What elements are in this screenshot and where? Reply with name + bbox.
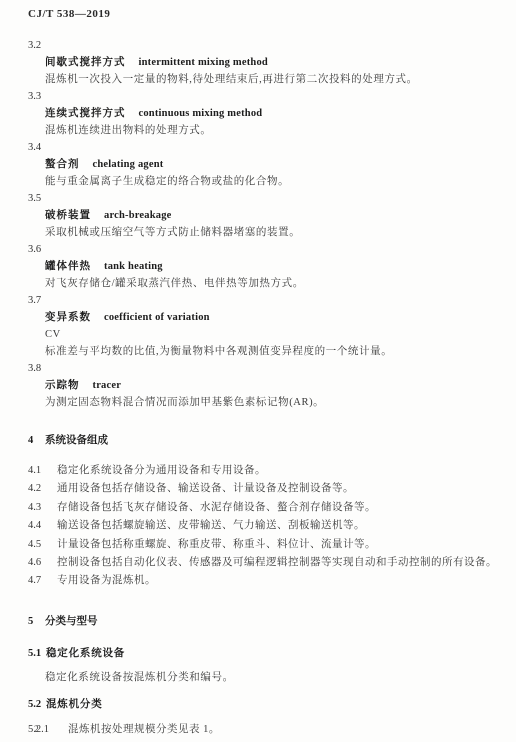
term-definition: 为测定固态物料混合情况而添加甲基紫色素标记物(AR)。: [45, 394, 492, 411]
subsection-number: 5.2: [28, 697, 46, 712]
term-definition: 标准差与平均数的比值,为衡量物料中各观测值变异程度的一个统计量。: [45, 343, 492, 360]
numbered-item: 4.5计量设备包括称重螺旋、称重皮带、称重斗、料位计、流量计等。: [28, 536, 492, 554]
term-zh: 罐体伴热: [45, 261, 91, 272]
term-en: arch-breakage: [104, 210, 172, 221]
term-definition: 采取机械或压缩空气等方式防止储料器堵塞的装置。: [45, 224, 492, 241]
item-text: 稳定化系统设备分为通用设备和专用设备。: [57, 465, 266, 476]
term-heading: 间歇式搅拌方式intermittent mixing method: [45, 54, 492, 71]
term-zh: 螯合剂: [45, 159, 80, 170]
numbered-item: 4.4输送设备包括螺旋输送、皮带输送、气力输送、刮板输送机等。: [28, 517, 492, 535]
term-zh: 连续式搅拌方式: [45, 108, 126, 119]
section-number: 5: [28, 614, 45, 629]
term-heading: 破桥装置arch-breakage: [45, 207, 492, 224]
document-code-header: CJ/T 538—2019: [28, 8, 492, 20]
clause-number: 3.5: [28, 190, 492, 207]
subsection-number: 5.1: [28, 646, 46, 661]
clause-number: 3.4: [28, 139, 492, 156]
term-en: continuous mixing method: [139, 108, 263, 119]
document-page: CJ/T 538—2019 3.2 间歇式搅拌方式intermittent mi…: [0, 0, 516, 742]
section-number: 4: [28, 433, 45, 448]
term-en: coefficient of variation: [104, 312, 210, 323]
item-number: 4.2: [28, 480, 57, 498]
item-number: 4.6: [28, 554, 57, 572]
term-definition: 混炼机连续进出物料的处理方式。: [45, 122, 492, 139]
item-number: 4.5: [28, 536, 57, 554]
numbered-item: 4.1稳定化系统设备分为通用设备和专用设备。: [28, 462, 492, 480]
term-definition: 能与重金属离子生成稳定的络合物或盐的化合物。: [45, 173, 492, 190]
section-title: 分类与型号: [45, 616, 98, 627]
term-heading: 螯合剂chelating agent: [45, 156, 492, 173]
item-text: 混炼机按处理规模分类见表 1。: [68, 724, 220, 735]
item-text: 存储设备包括飞灰存储设备、水泥存储设备、螯合剂存储设备等。: [57, 502, 376, 513]
term-en: tank heating: [104, 261, 163, 272]
item-text: 输送设备包括螺旋输送、皮带输送、气力输送、刮板输送机等。: [57, 520, 365, 531]
section-5-1-heading: 5.1稳定化系统设备: [28, 646, 492, 661]
clause-number: 3.6: [28, 241, 492, 258]
numbered-item: 4.3存储设备包括飞灰存储设备、水泥存储设备、螯合剂存储设备等。: [28, 499, 492, 517]
term-block: 3.5 破桥装置arch-breakage 采取机械或压缩空气等方式防止储料器堵…: [28, 190, 492, 241]
term-heading: 变异系数coefficient of variation: [45, 309, 492, 326]
term-definition: 对飞灰存储仓/罐采取蒸汽伴热、电伴热等加热方式。: [45, 275, 492, 292]
item-text: 通用设备包括存储设备、输送设备、计量设备及控制设备等。: [57, 483, 354, 494]
item-text: 计量设备包括称重螺旋、称重皮带、称重斗、料位计、流量计等。: [57, 539, 376, 550]
term-block: 3.7 变异系数coefficient of variation CV 标准差与…: [28, 292, 492, 360]
subsection-title: 稳定化系统设备: [46, 648, 125, 659]
term-en: tracer: [93, 380, 122, 391]
clause-number: 3.2: [28, 37, 492, 54]
clause-number: 3.7: [28, 292, 492, 309]
term-zh: 示踪物: [45, 380, 80, 391]
numbered-item: 5.2.1混炼机按处理规模分类见表 1。: [28, 721, 492, 739]
item-number: 4.3: [28, 499, 57, 517]
section-title: 系统设备组成: [45, 435, 108, 446]
section-4-items: 4.1稳定化系统设备分为通用设备和专用设备。 4.2通用设备包括存储设备、输送设…: [28, 462, 492, 591]
subsection-title: 混炼机分类: [46, 699, 103, 710]
section-5-2-heading: 5.2混炼机分类: [28, 697, 492, 712]
item-number: 4.7: [28, 572, 57, 590]
term-block: 3.6 罐体伴热tank heating 对飞灰存储仓/罐采取蒸汽伴热、电伴热等…: [28, 241, 492, 292]
clause-number: 3.3: [28, 88, 492, 105]
section-5-1-body: 稳定化系统设备按混炼机分类和编号。: [45, 670, 492, 685]
section-4-heading: 4系统设备组成: [28, 433, 492, 448]
term-heading: 罐体伴热tank heating: [45, 258, 492, 275]
term-definition: 混炼机一次投入一定量的物料,待处理结束后,再进行第二次投料的处理方式。: [45, 71, 492, 88]
term-block: 3.3 连续式搅拌方式continuous mixing method 混炼机连…: [28, 88, 492, 139]
item-number: 4.1: [28, 462, 57, 480]
term-en: intermittent mixing method: [139, 57, 268, 68]
term-block: 3.4 螯合剂chelating agent 能与重金属离子生成稳定的络合物或盐…: [28, 139, 492, 190]
term-zh: 变异系数: [45, 312, 91, 323]
numbered-item: 4.2通用设备包括存储设备、输送设备、计量设备及控制设备等。: [28, 480, 492, 498]
terms-and-definitions-section: 3.2 间歇式搅拌方式intermittent mixing method 混炼…: [28, 37, 492, 411]
clause-number: 3.8: [28, 360, 492, 377]
item-text: 控制设备包括自动化仪表、传感器及可编程逻辑控制器等实现自动和手动控制的所有设备。: [57, 557, 497, 568]
item-text: 专用设备为混炼机。: [57, 575, 156, 586]
numbered-item: 4.6控制设备包括自动化仪表、传感器及可编程逻辑控制器等实现自动和手动控制的所有…: [28, 554, 492, 572]
term-block: 3.8 示踪物tracer 为测定固态物料混合情况而添加甲基紫色素标记物(AR)…: [28, 360, 492, 411]
term-definition: CV: [45, 326, 492, 343]
term-zh: 破桥装置: [45, 210, 91, 221]
term-heading: 连续式搅拌方式continuous mixing method: [45, 105, 492, 122]
item-number: 4.4: [28, 517, 57, 535]
page-number: 2: [34, 725, 39, 735]
term-heading: 示踪物tracer: [45, 377, 492, 394]
term-zh: 间歇式搅拌方式: [45, 57, 126, 68]
term-en: chelating agent: [93, 159, 164, 170]
numbered-item: 4.7专用设备为混炼机。: [28, 572, 492, 590]
term-block: 3.2 间歇式搅拌方式intermittent mixing method 混炼…: [28, 37, 492, 88]
section-5-heading: 5分类与型号: [28, 614, 492, 629]
